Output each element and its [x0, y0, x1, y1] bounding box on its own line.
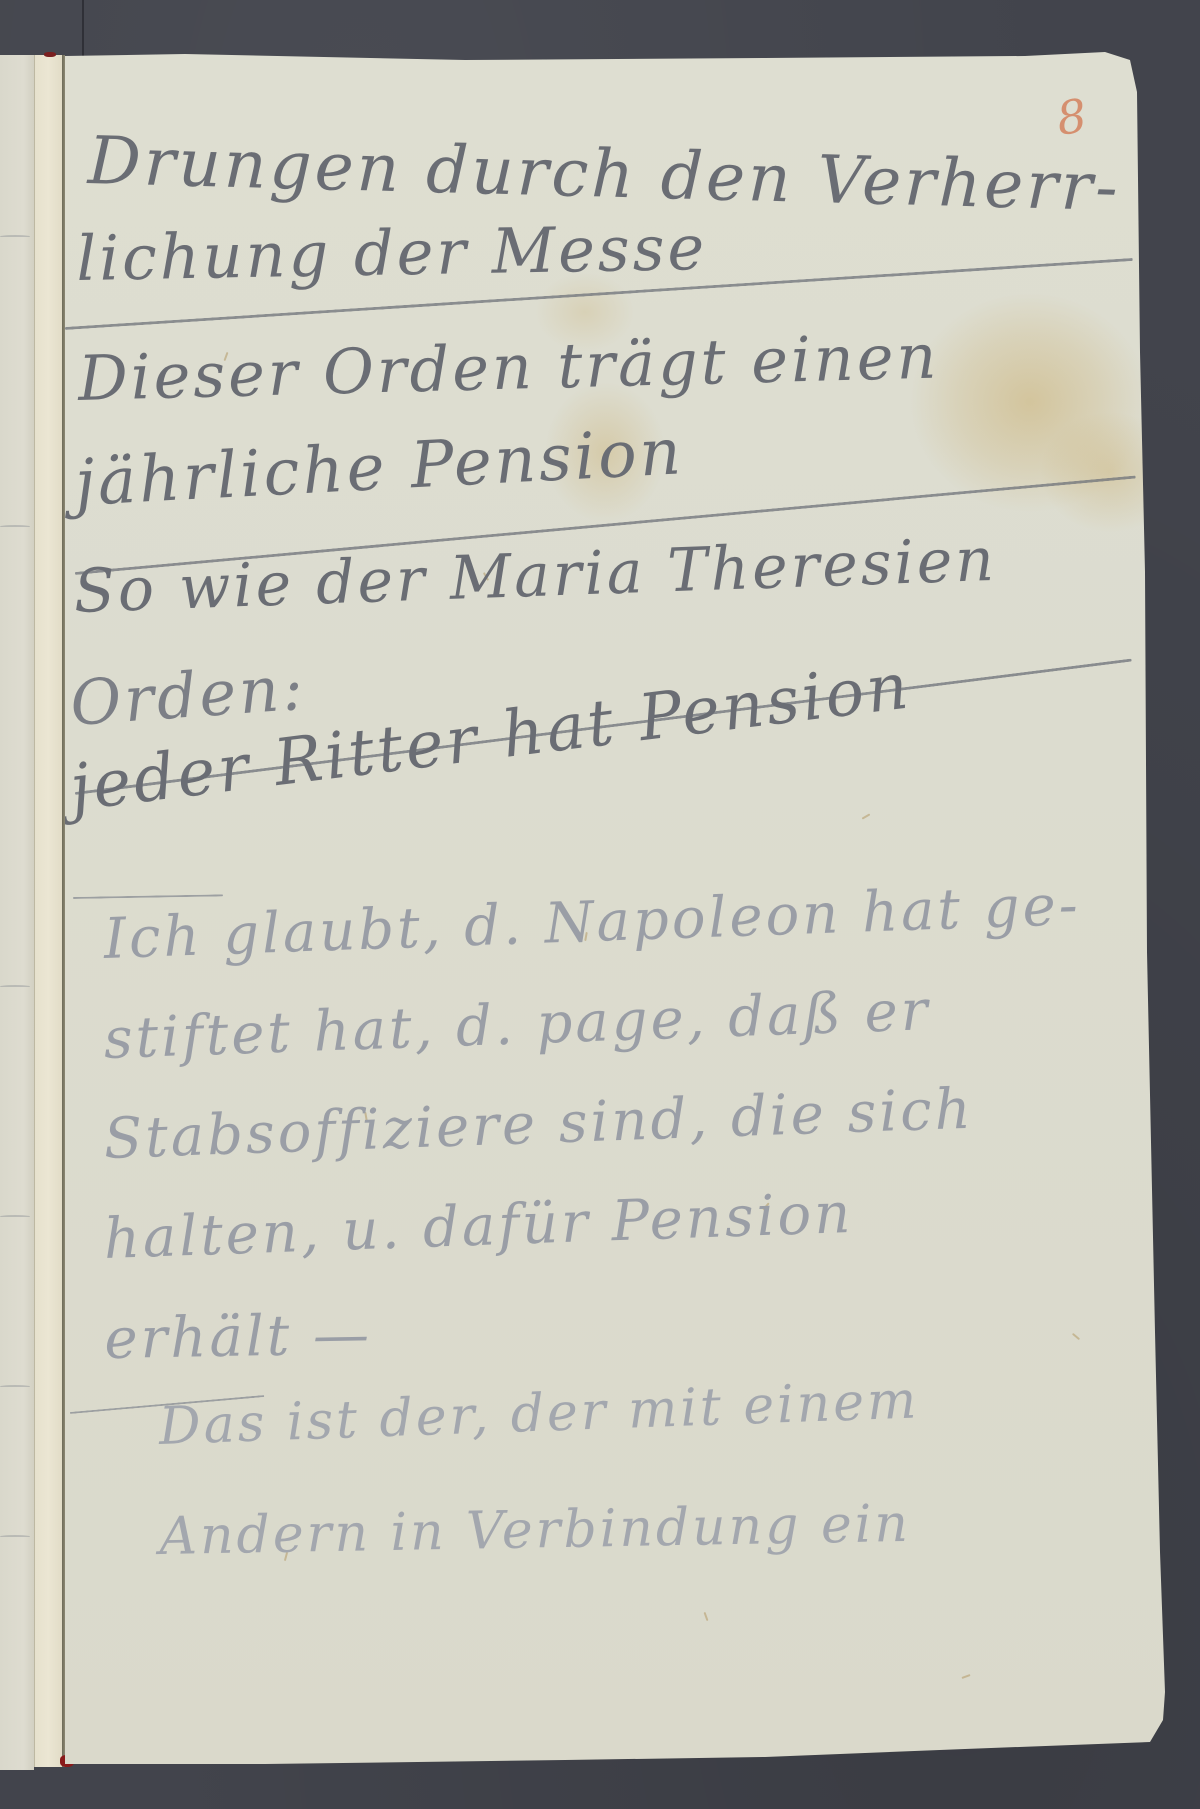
spine-fold-line — [62, 55, 65, 1767]
handwritten-line: Drungen durch den Verherr- — [87, 122, 1122, 226]
facing-page-pencil-trace — [0, 1535, 30, 1538]
short-rule — [73, 894, 223, 899]
binding-thread-top — [44, 52, 56, 57]
facing-page-pencil-trace — [0, 1215, 30, 1218]
handwritten-line: Andern in Verbindung ein — [159, 1494, 911, 1567]
handwritten-line: jährliche Pension — [73, 415, 685, 521]
handwritten-line: Dieser Orden trägt einen — [77, 319, 940, 415]
handwritten-line: stiftet hat, d. page, daß er — [103, 978, 932, 1072]
binding-gutter — [34, 55, 65, 1767]
handwritten-line: Ich glaubt, d. Napoleon hat ge- — [103, 873, 1082, 972]
facing-page-pencil-trace — [0, 1385, 30, 1388]
paper-fiber — [704, 1612, 709, 1621]
handwritten-line: Stabsoffiziere sind, die sich — [103, 1077, 975, 1172]
mount-board-seam — [82, 0, 84, 56]
facing-page-pencil-trace — [0, 235, 30, 238]
facing-page-pencil-trace — [0, 985, 30, 988]
paper-fiber — [1072, 1333, 1080, 1340]
facing-page-pencil-trace — [0, 525, 30, 528]
handwritten-line: erhält — — [104, 1302, 373, 1372]
handwritten-line: halten, u. dafür Pension — [103, 1181, 855, 1272]
paper-fiber — [961, 1674, 970, 1679]
handwritten-line: So wie der Maria Theresien — [73, 525, 998, 627]
handwritten-line: lichung der Messe — [76, 211, 708, 295]
folio-number: 8 — [1053, 88, 1090, 146]
facing-page-edge — [0, 55, 34, 1770]
manuscript-page: 8 Drungen durch den Verherr- lichung der… — [65, 52, 1175, 1764]
handwritten-line: Das ist der, der mit einem — [158, 1370, 920, 1457]
paper-fiber — [862, 813, 871, 819]
